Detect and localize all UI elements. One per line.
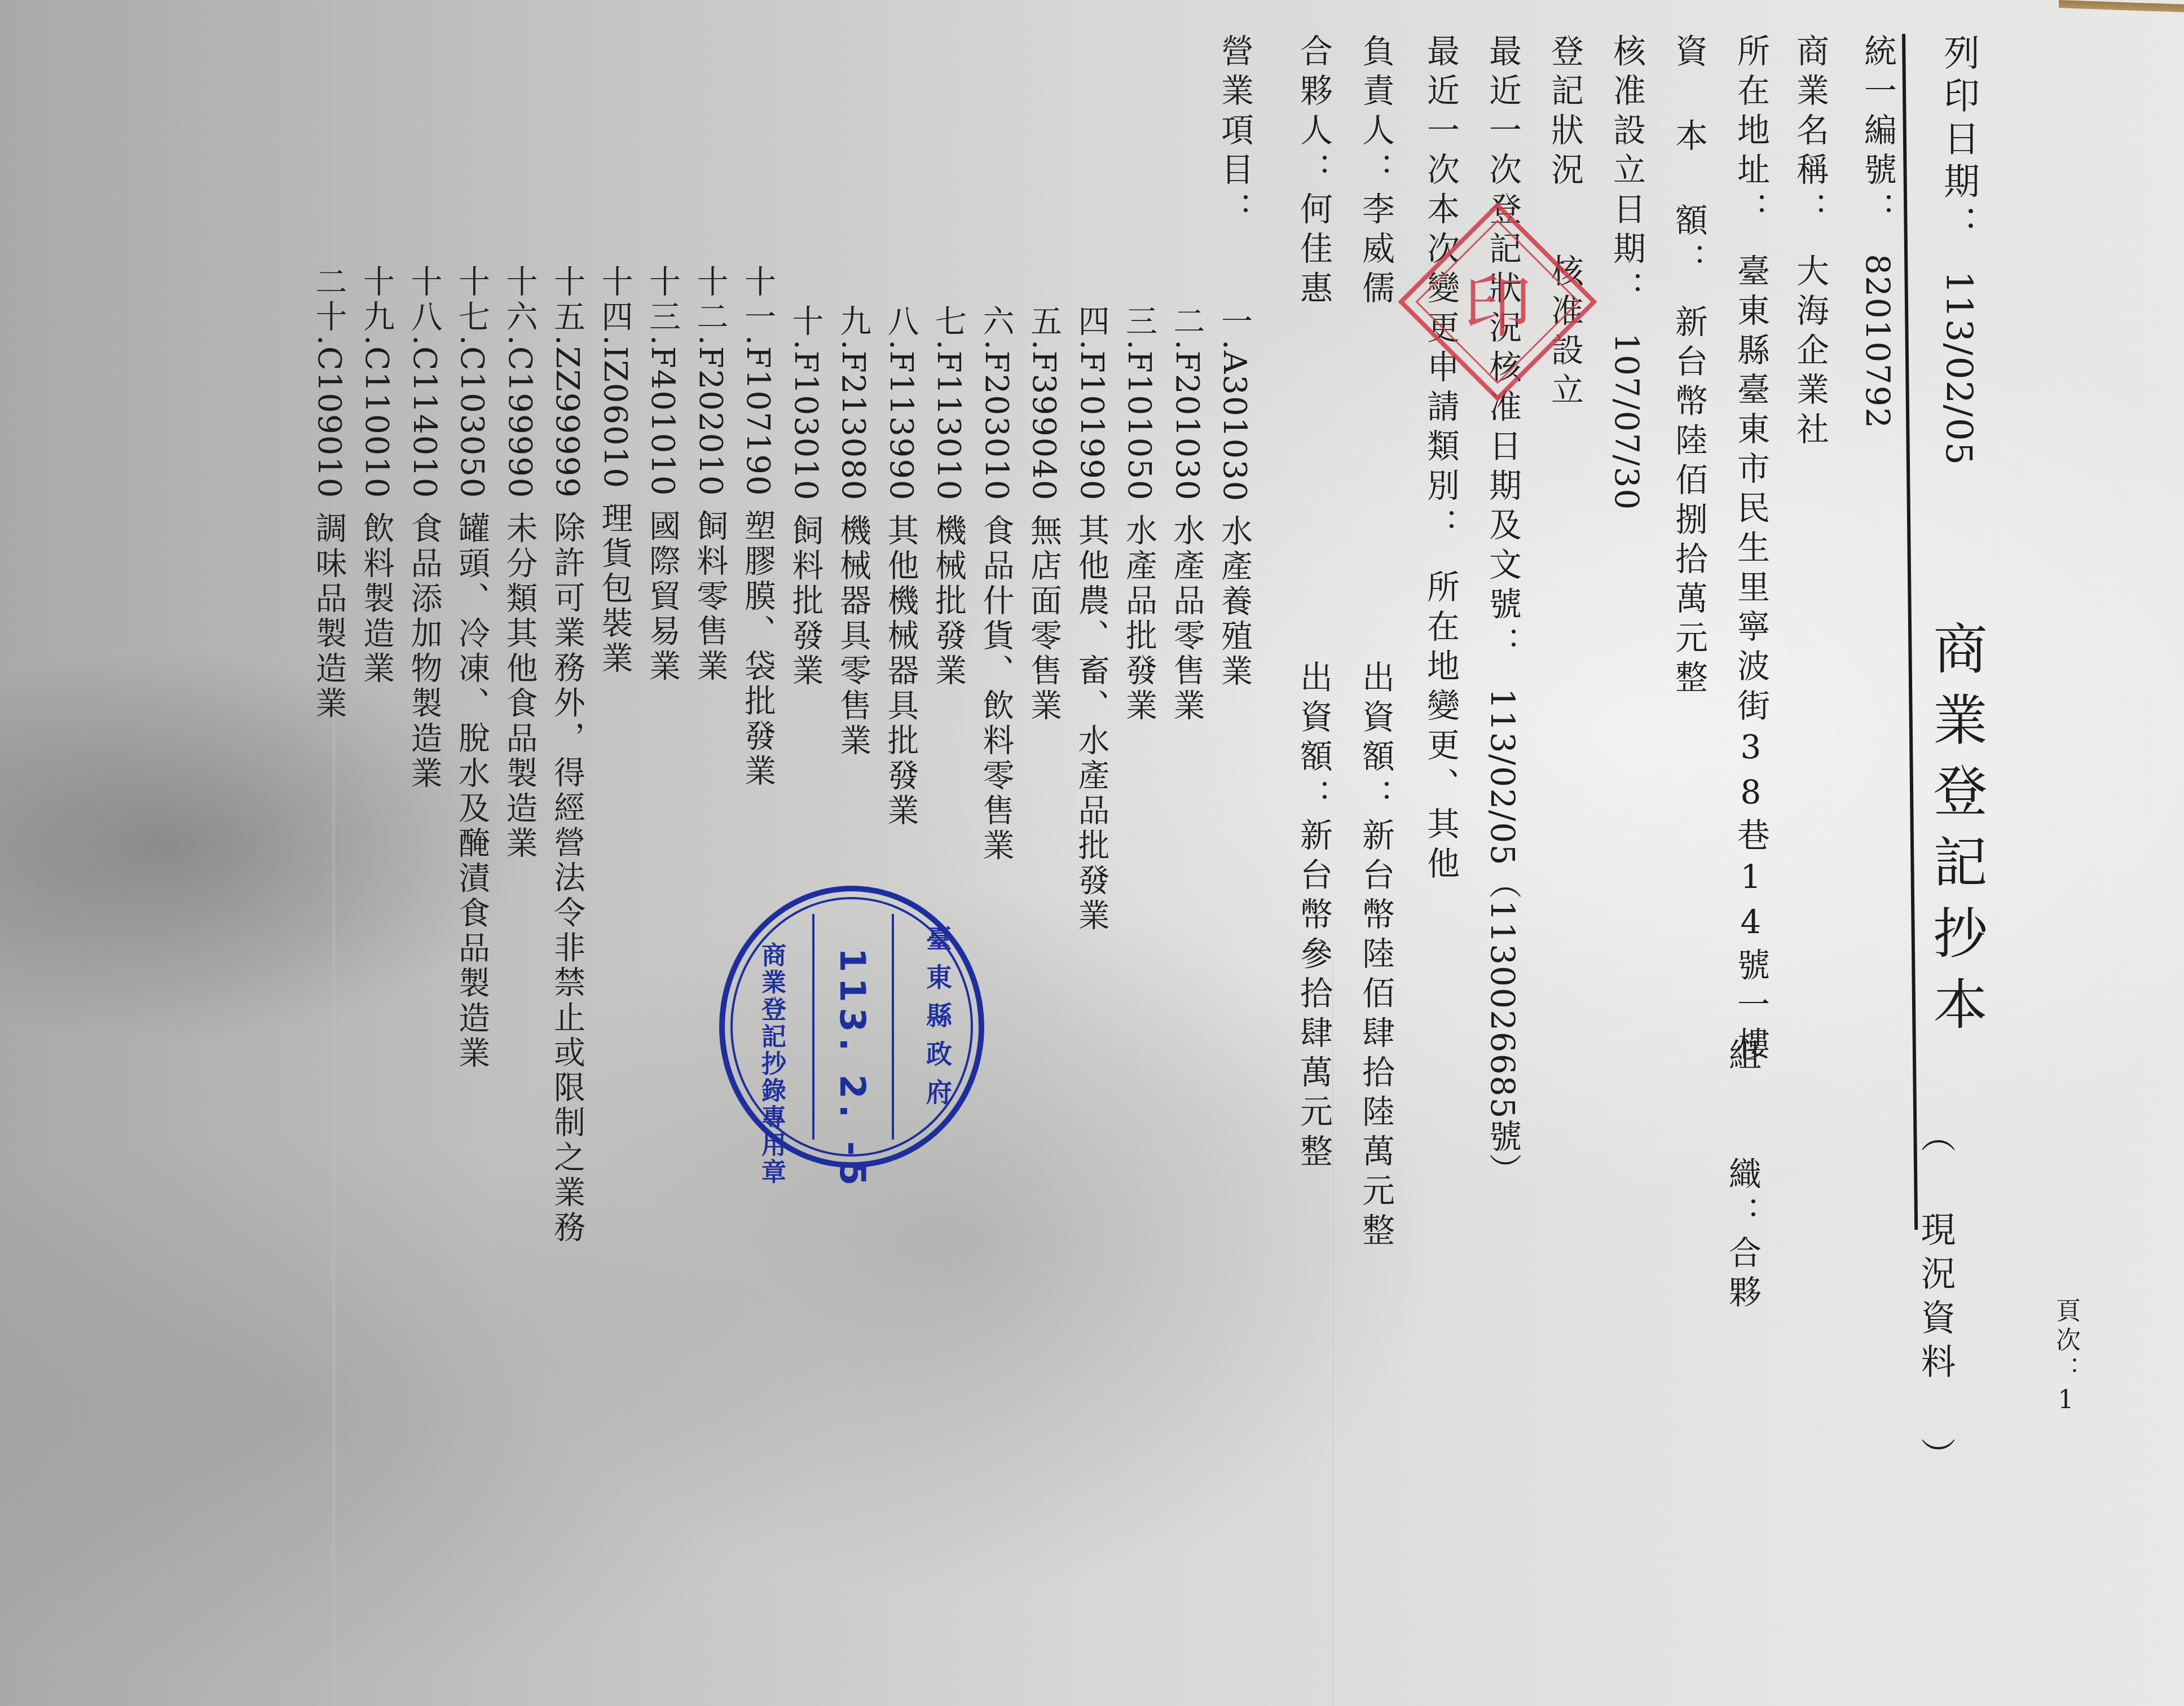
item-number: 一 [1216, 305, 1253, 340]
item-name: 飼料批發業 [787, 513, 824, 688]
business-item: 四.F101990其他農、畜、水產品批發業 [1076, 305, 1107, 933]
item-number: 三 [1121, 305, 1157, 340]
business-item: 十三.F401010國際貿易業 [646, 265, 678, 684]
business-item: 二.F201030水產品零售業 [1171, 305, 1203, 723]
establishment-date-row: 核准設立日期：107/07/30 [1610, 34, 1643, 511]
item-number: 十四 [597, 265, 633, 335]
item-code: C109010 [311, 346, 347, 499]
business-name-row: 商業名稱：大海企業社 [1794, 34, 1826, 451]
capital-value: 新台幣陸佰捌拾萬元整 [1670, 305, 1708, 700]
item-name: 其他農、畜、水產品批發業 [1073, 513, 1110, 933]
item-code: F101050 [1121, 351, 1157, 502]
item-code: C110010 [358, 346, 395, 499]
uniform-number-label: 統一編號： [1859, 34, 1897, 231]
organization-row: 組 織：合夥 [1726, 1038, 1759, 1314]
business-items-label: 營業項目： [1218, 34, 1251, 231]
item-code: A301030 [1216, 351, 1253, 502]
uniform-number-row: 統一編號：82010792 [1861, 34, 1894, 429]
item-code: F113010 [930, 351, 967, 502]
item-number: 十一 [739, 265, 776, 335]
uniform-number-value: 82010792 [1859, 254, 1897, 429]
item-name: 食品什貨、飲料零售業 [978, 513, 1015, 863]
business-item: 二十.C109010調味品製造業 [313, 265, 345, 721]
item-number: 十九 [358, 265, 395, 335]
partner-row: 合夥人：何佳惠 [1297, 34, 1330, 310]
responsible-person-row: 負責人：李威儒 [1359, 34, 1392, 310]
item-code: F399040 [1025, 351, 1062, 502]
document-subtitle: （ 現況資料 ） [1918, 1117, 1953, 1481]
business-name-value: 大海企業社 [1791, 254, 1829, 451]
item-code: F113990 [883, 351, 919, 502]
business-item: 十七.C103050罐頭、冷凍、脫水及醃漬食品製造業 [456, 265, 487, 1071]
item-name: 水產養殖業 [1216, 515, 1253, 689]
item-name: 飲料製造業 [358, 511, 395, 686]
item-name: 塑膠膜、袋批發業 [739, 509, 776, 789]
item-name: 除許可業務外，得經營法令非禁止或限制之業務 [549, 511, 585, 1246]
document-title: 商業登記抄本 [1929, 621, 1983, 1047]
item-number: 十六 [501, 265, 538, 335]
business-item: 一.A301030水產養殖業 [1218, 305, 1250, 689]
organization-value: 合夥 [1723, 1235, 1762, 1314]
item-code: F101990 [1073, 351, 1110, 502]
responsible-person-value: 李威儒 [1357, 192, 1395, 310]
stamp-date: 113. 2. -5 [832, 948, 873, 1191]
stamp-band-line [812, 914, 814, 1140]
establishment-date-label: 核准設立日期： [1608, 34, 1646, 310]
contribution-value: 新台幣陸佰肆拾陸萬元整 [1357, 818, 1395, 1252]
item-code: F201030 [1169, 351, 1205, 502]
business-item: 七.F113010機械批發業 [932, 305, 964, 688]
business-item: 十九.C110010飲料製造業 [360, 265, 392, 686]
item-name: 無店面零售業 [1025, 513, 1062, 723]
item-number: 四 [1073, 305, 1110, 340]
item-code: F107190 [739, 346, 776, 497]
item-number: 二 [1169, 305, 1205, 340]
item-number: 十五 [549, 265, 585, 335]
business-item: 六.F203010食品什貨、飲料零售業 [980, 305, 1012, 863]
item-code: F213080 [835, 351, 871, 502]
business-item: 十五.ZZ99999除許可業務外，得經營法令非禁止或限制之業務 [551, 265, 583, 1246]
business-item: 五.F399040無店面零售業 [1028, 305, 1059, 723]
item-name: 國際貿易業 [644, 509, 681, 684]
business-item: 三.F101050水產品批發業 [1123, 305, 1155, 723]
partner-label: 合夥人： [1294, 34, 1333, 192]
business-name-label: 商業名稱： [1791, 34, 1829, 231]
stamp-purpose: 商業登記抄錄專用章 [753, 942, 789, 1186]
item-number: 十七 [453, 265, 490, 335]
item-code: F103010 [787, 351, 824, 502]
item-number: 十八 [406, 265, 443, 335]
item-code: ZZ99999 [549, 346, 585, 499]
item-code: IZ06010 [597, 346, 633, 489]
blue-official-stamp: 臺東縣政府 113. 2. -5 商業登記抄錄專用章 [719, 886, 984, 1168]
business-item: 十六.C199990未分類其他食品製造業 [504, 265, 535, 861]
latest-change-type-row: 最近一次本次變更申請類別：所在地變更、其他 [1424, 34, 1457, 886]
item-number: 十二 [692, 265, 729, 335]
item-number: 六 [978, 305, 1015, 340]
business-item: 八.F113990其他機械器具批發業 [885, 305, 917, 828]
stamp-band-line [892, 914, 894, 1140]
business-item: 十四.IZ06010理貨包裝業 [599, 265, 631, 676]
partner-contribution: 出資額：新台幣參拾肆萬元整 [1297, 660, 1330, 1173]
item-name: 水產品批發業 [1121, 513, 1157, 723]
contribution-label: 出資額： [1357, 660, 1395, 818]
fold-crease [333, 0, 335, 1706]
item-name: 機械器具零售業 [835, 513, 871, 758]
capital-label: 資 本 額： [1670, 34, 1708, 282]
item-number: 十三 [644, 265, 681, 335]
business-item: 十二.F202010飼料零售業 [694, 265, 726, 684]
address-row: 所在地址：臺東縣臺東市民生里寧波街38巷14號一樓 [1734, 34, 1767, 1066]
item-code: F203010 [978, 351, 1015, 502]
print-date: 列印日期：113/02/05 [1940, 34, 1976, 466]
organization-label: 組 織： [1723, 1038, 1762, 1235]
page-number: 頁次：1 [2053, 1298, 2078, 1419]
business-item: 十八.C114010食品添加物製造業 [408, 265, 440, 791]
partner-value: 何佳惠 [1294, 192, 1333, 310]
item-name: 未分類其他食品製造業 [501, 511, 538, 861]
seal-glyph: 印 [1432, 236, 1564, 368]
item-number: 七 [930, 305, 967, 340]
business-item: 九.F213080機械器具零售業 [837, 305, 869, 758]
establishment-date-value: 107/07/30 [1608, 333, 1646, 511]
item-number: 五 [1025, 305, 1062, 340]
responsible-person-label: 負責人： [1357, 34, 1395, 192]
item-number: 八 [883, 305, 919, 340]
item-name: 水產品零售業 [1169, 513, 1205, 723]
latest-change-type-value: 所在地變更、其他 [1421, 570, 1460, 886]
item-code: F401010 [644, 346, 681, 497]
print-date-value: 113/02/05 [1938, 271, 1979, 466]
item-code: C103050 [453, 346, 490, 499]
item-name: 機械批發業 [930, 513, 967, 688]
business-item: 十.F103010飼料批發業 [790, 305, 821, 688]
contribution-value: 新台幣參拾肆萬元整 [1294, 818, 1333, 1173]
contribution-label: 出資額： [1294, 660, 1333, 818]
item-name: 罐頭、冷凍、脫水及醃漬食品製造業 [453, 511, 490, 1071]
item-code: C199990 [501, 346, 538, 499]
address-label: 所在地址： [1732, 34, 1770, 231]
capital-row: 資 本 額：新台幣陸佰捌拾萬元整 [1672, 34, 1705, 700]
item-number: 二十 [311, 265, 347, 335]
item-name: 飼料零售業 [692, 509, 729, 684]
item-number: 九 [835, 305, 871, 340]
address-value: 臺東縣臺東市民生里寧波街38巷14號一樓 [1732, 254, 1770, 1066]
item-name: 調味品製造業 [311, 511, 347, 721]
item-code: C114010 [406, 346, 443, 499]
item-name: 其他機械器具批發業 [883, 513, 919, 828]
latest-approval-value: 113/02/05（1130026685號） [1483, 688, 1522, 1187]
item-name: 食品添加物製造業 [406, 511, 443, 791]
item-code: F202010 [692, 346, 729, 497]
item-name: 理貨包裝業 [597, 502, 633, 676]
print-date-label: 列印日期： [1938, 34, 1979, 248]
item-number: 十 [787, 305, 824, 340]
business-item: 十一.F107190塑膠膜、袋批發業 [742, 265, 773, 789]
registration-status-label: 登記狀況 [1545, 34, 1584, 192]
responsible-person-contribution: 出資額：新台幣陸佰肆拾陸萬元整 [1359, 660, 1392, 1252]
stamp-agency: 臺東縣政府 [919, 925, 956, 1117]
